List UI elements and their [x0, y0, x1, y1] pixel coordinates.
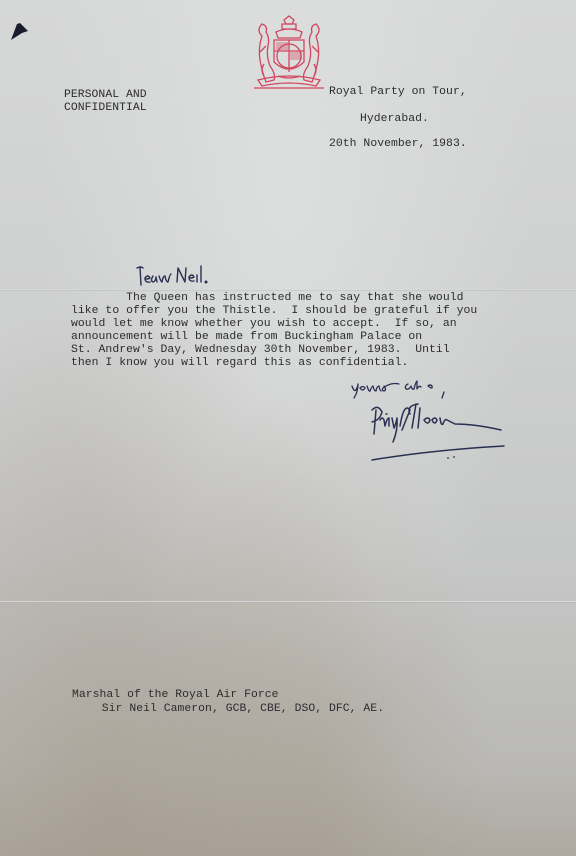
body-line: announcement will be made from Buckingha… — [71, 331, 422, 343]
letter-date: 20th November, 1983. — [329, 138, 467, 151]
body-line: The Queen has instructed me to say that … — [71, 292, 463, 304]
sender-address-line2: Hyderabad. — [360, 113, 429, 126]
paper-fold-top — [0, 289, 576, 291]
confidential-heading-line2: CONFIDENTIAL — [64, 102, 147, 114]
recipient-name: Sir Neil Cameron, GCB, CBE, DSO, DFC, AE… — [88, 703, 384, 716]
royal-coat-of-arms-icon — [246, 14, 332, 96]
body-line: like to offer you the Thistle. I should … — [71, 305, 477, 317]
paper-fold-middle — [0, 601, 576, 603]
body-line: St. Andrew's Day, Wednesday 30th Novembe… — [71, 344, 450, 356]
letter-body: The Queen has instructed me to say that … — [71, 292, 477, 370]
confidential-heading-line1: PERSONAL AND — [64, 89, 147, 101]
body-line: then I know you will regard this as conf… — [71, 357, 408, 369]
handwritten-salutation: Dear Neil, — [133, 262, 223, 290]
body-line: would let me know whether you wish to ac… — [71, 318, 457, 330]
handwritten-valediction: Yours ever, — [348, 378, 458, 402]
confidential-heading: PERSONAL AND CONFIDENTIAL — [64, 89, 147, 115]
torn-corner-mark — [8, 20, 30, 42]
recipient-title: Marshal of the Royal Air Force — [72, 689, 279, 702]
sender-address-line1: Royal Party on Tour, — [329, 86, 467, 99]
handwritten-signature: Philip Moore — [366, 400, 516, 466]
